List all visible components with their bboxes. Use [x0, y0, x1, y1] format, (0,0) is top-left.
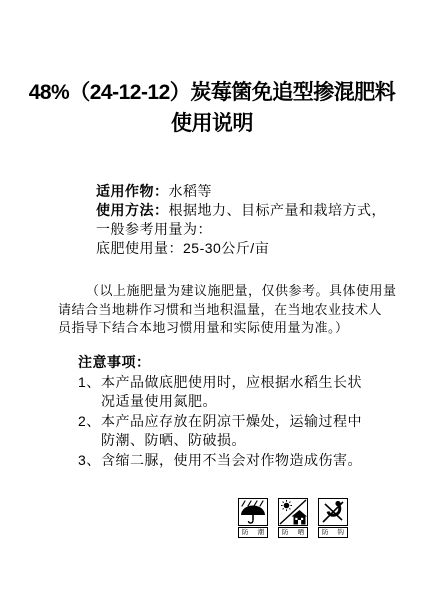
pictogram-no-hooks: 防 钩	[318, 498, 348, 538]
packaging-pictograms: 防 潮	[238, 498, 348, 538]
applicable-crop-line: 适用作物：水稻等	[96, 182, 386, 201]
pictogram-keep-dry-label: 防 潮	[238, 527, 268, 538]
base-dosage-line: 底肥使用量：25-30公斤/亩	[96, 239, 386, 258]
pictogram-no-hooks-label: 防 钩	[318, 527, 348, 538]
title-line-2: 使用说明	[0, 108, 424, 139]
usage-method-line: 使用方法：根据地力、目标产量和栽培方式，	[96, 201, 386, 220]
document-title: 48%（24-12-12）炭莓箘免追型掺混肥料 使用说明	[0, 77, 424, 139]
caution-item-text: 本产品应存放在阴凉干燥处，运输过程中 防潮、防晒、防破损。	[101, 412, 362, 451]
usage-method-value: 根据地力、目标产量和栽培方式，	[169, 202, 387, 218]
caution-item-text: 含缩二脲，使用不当会对作物造成伤害。	[101, 451, 362, 471]
caution-item-marker: 2、	[78, 412, 101, 432]
caution-item-marker: 3、	[78, 451, 101, 471]
note-line: 员指导下结合本地习惯用量和实际使用量为准。）	[58, 319, 398, 338]
no-hook-icon	[318, 498, 348, 526]
title-line-1: 48%（24-12-12）炭莓箘免追型掺混肥料	[0, 77, 424, 108]
pictogram-keep-from-sun-label: 防 晒	[278, 527, 308, 538]
umbrella-rain-icon	[238, 498, 268, 526]
sun-house-icon	[278, 498, 308, 526]
cautions-section: 注意事项： 1、 本产品做底肥使用时，应根据水稻生长状 况适量使用氮肥。 2、 …	[78, 353, 362, 470]
dosage-note: （以上施肥量为建议施肥量，仅供参考。具体使用量 请结合当地耕作习惯和当地积温量，…	[58, 282, 398, 338]
pictogram-keep-dry: 防 潮	[238, 498, 268, 538]
fertilizer-instruction-label: 48%（24-12-12）炭莓箘免追型掺混肥料 使用说明 适用作物：水稻等 使用…	[0, 0, 424, 600]
caution-item-marker: 1、	[78, 373, 101, 393]
pictogram-keep-from-sun: 防 晒	[278, 498, 308, 538]
usage-method-label: 使用方法：	[96, 202, 169, 218]
applicable-crop-label: 适用作物：	[96, 183, 169, 199]
cautions-heading: 注意事项：	[78, 353, 362, 373]
note-line: （以上施肥量为建议施肥量，仅供参考。具体使用量	[58, 282, 398, 301]
caution-item: 1、 本产品做底肥使用时，应根据水稻生长状 况适量使用氮肥。	[78, 373, 362, 412]
note-line: 请结合当地耕作习惯和当地积温量，在当地农业技术人	[58, 301, 398, 320]
dosage-intro-line: 一般参考用量为：	[96, 220, 386, 239]
caution-item: 2、 本产品应存放在阴凉干燥处，运输过程中 防潮、防晒、防破损。	[78, 412, 362, 451]
applicable-crop-value: 水稻等	[169, 183, 213, 199]
usage-section: 适用作物：水稻等 使用方法：根据地力、目标产量和栽培方式， 一般参考用量为： 底…	[96, 182, 386, 258]
caution-item-text: 本产品做底肥使用时，应根据水稻生长状 况适量使用氮肥。	[101, 373, 362, 412]
caution-item: 3、 含缩二脲，使用不当会对作物造成伤害。	[78, 451, 362, 471]
